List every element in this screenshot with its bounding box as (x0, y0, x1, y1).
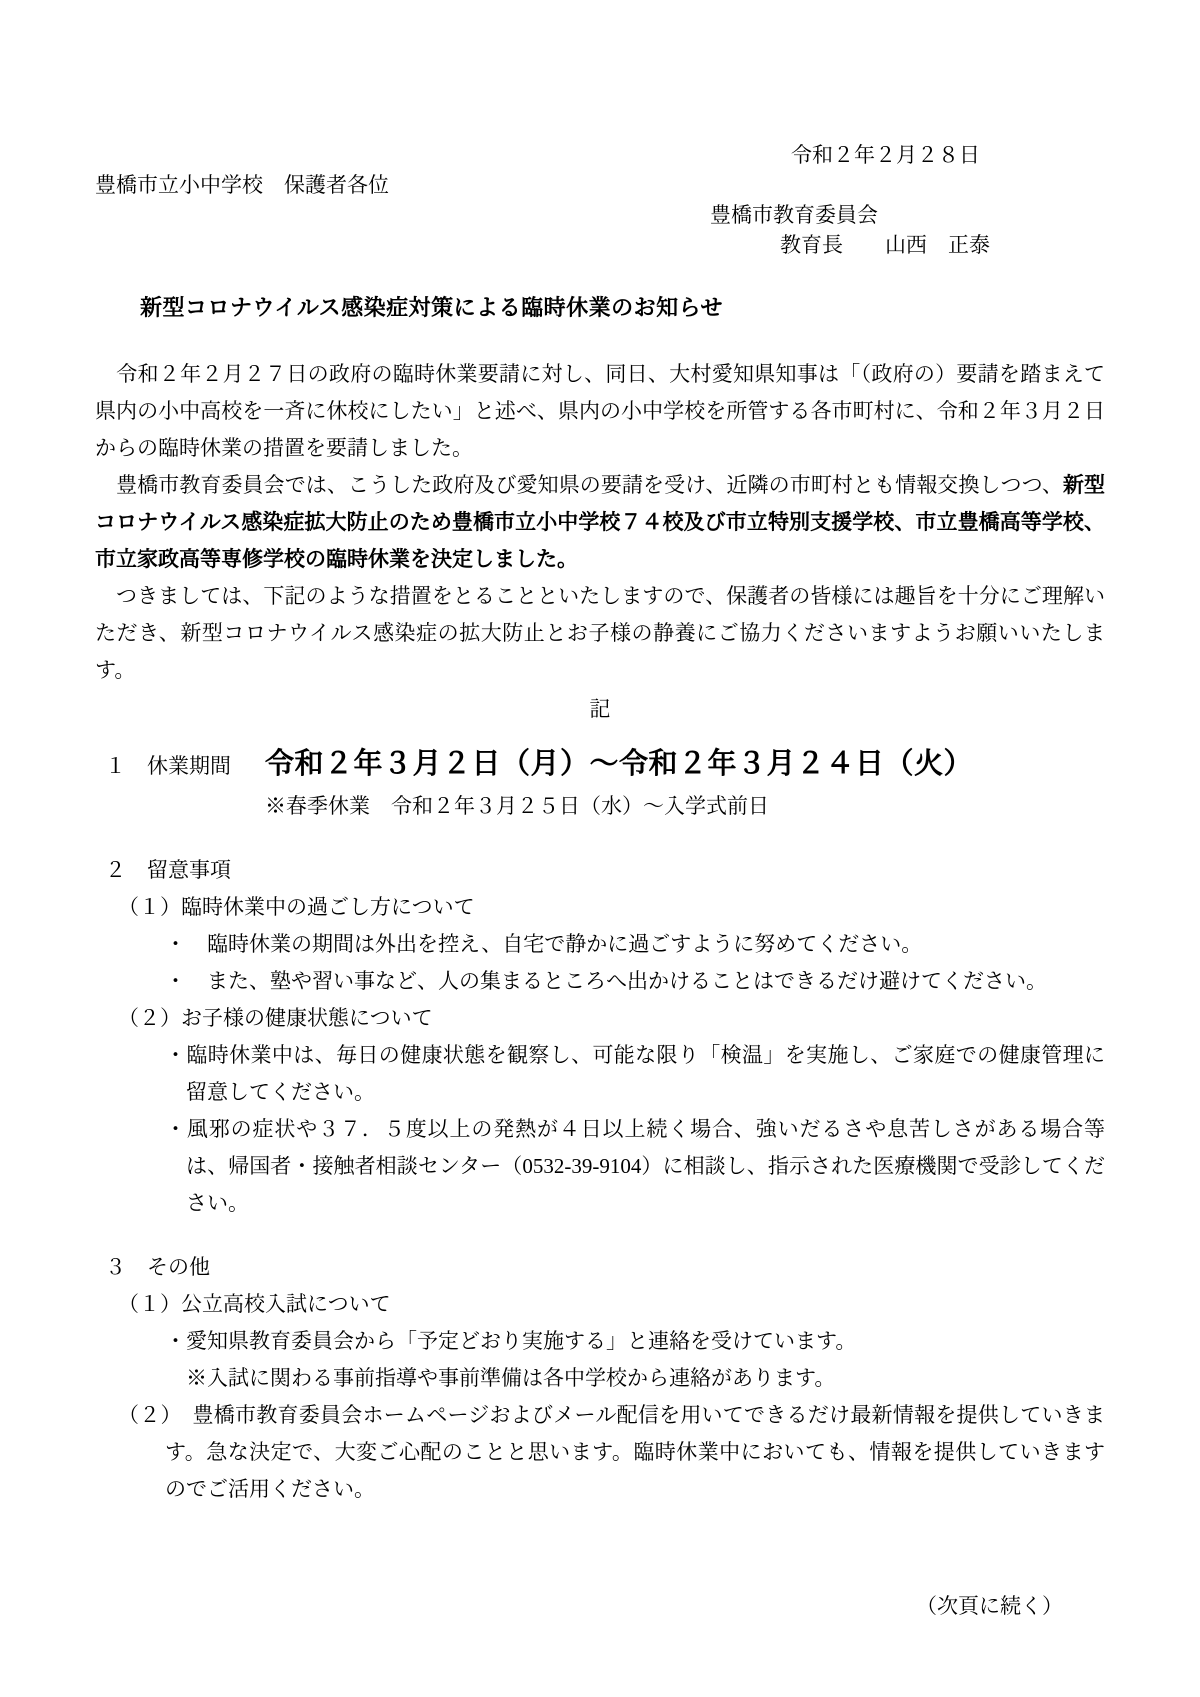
addressee-line: 豊橋市立小中学校 保護者各位 (95, 170, 1105, 200)
sender-organization: 豊橋市教育委員会 (710, 200, 1105, 230)
notice-title: 新型コロナウイルス感染症対策による臨時休業のお知らせ (140, 293, 1105, 323)
paragraph-2-lead: 豊橋市教育委員会では、こうした政府及び愛知県の要請を受け、近隣の市町村とも情報交… (95, 473, 1063, 497)
section3-sub1-bullet-1: ・愛知県教育委員会から「予定どおり実施する」と連絡を受けています。 (186, 1323, 1105, 1360)
section2-sub2-bullet-2: ・風邪の症状や３７．５度以上の発熱が４日以上続く場合、強いだるさや息苦しさがある… (186, 1111, 1105, 1222)
paragraph-1: 令和２年２月２７日の政府の臨時休業要請に対し、同日、大村愛知県知事は「（政府の）… (95, 356, 1105, 467)
section2-sub2-heading: （２）お子様の健康状態について (118, 1000, 1105, 1037)
section2-sub1-heading: （１）臨時休業中の過ごし方について (118, 889, 1105, 926)
section3-sub1-note: ※入試に関わる事前指導や事前準備は各中学校から連絡があります。 (186, 1360, 1105, 1397)
paragraph-3: つきましては、下記のような措置をとることといたしますので、保護者の皆様には趣旨を… (95, 578, 1105, 689)
document-page: 令和２年２月２８日 豊橋市立小中学校 保護者各位 豊橋市教育委員会 教育長 山西… (0, 0, 1200, 1697)
body-text: 令和２年２月２７日の政府の臨時休業要請に対し、同日、大村愛知県知事は「（政府の）… (95, 356, 1105, 728)
ki-marker: 記 (95, 691, 1105, 728)
section3-sub1-heading: （１）公立高校入試について (118, 1286, 1105, 1323)
document-date: 令和２年２月２８日 (95, 140, 1105, 170)
paragraph-2: 豊橋市教育委員会では、こうした政府及び愛知県の要請を受け、近隣の市町村とも情報交… (95, 467, 1105, 578)
section3-heading: ３ その他 (105, 1249, 1105, 1286)
section2-sub1-bullet-2: ・ また、塾や習い事など、人の集まるところへ出かけることはできるだけ避けてくださ… (186, 963, 1105, 1000)
section2-sub1-bullet-1: ・ 臨時休業の期間は外出を控え、自宅で静かに過ごすように努めてください。 (186, 926, 1105, 963)
section3-others: ３ その他 （１）公立高校入試について ・愛知県教育委員会から「予定どおり実施す… (95, 1249, 1105, 1508)
continued-next-page-note: （次頁に続く） (95, 1588, 1105, 1625)
sender-person: 教育長 山西 正泰 (780, 230, 1105, 260)
section2-precautions: ２ 留意事項 （１）臨時休業中の過ごし方について ・ 臨時休業の期間は外出を控え… (95, 852, 1105, 1222)
section1-spring-break-note: ※春季休業 令和２年３月２５日（水）～入学式前日 (265, 788, 1105, 825)
section2-heading: ２ 留意事項 (105, 852, 1105, 889)
section1-period-value: 令和２年３月２日（月）～令和２年３月２４日（火） (265, 744, 973, 784)
section3-sub2-paragraph: （２） 豊橋市教育委員会ホームページおよびメール配信を用いてできるだけ最新情報を… (165, 1397, 1105, 1508)
section1-closure-period: １ 休業期間 令和２年３月２日（月）～令和２年３月２４日（火） (95, 744, 1105, 786)
section2-sub2-bullet-1: ・臨時休業中は、毎日の健康状態を観察し、可能な限り「検温」を実施し、ご家庭での健… (186, 1037, 1105, 1111)
section1-heading: １ 休業期間 (105, 746, 231, 786)
